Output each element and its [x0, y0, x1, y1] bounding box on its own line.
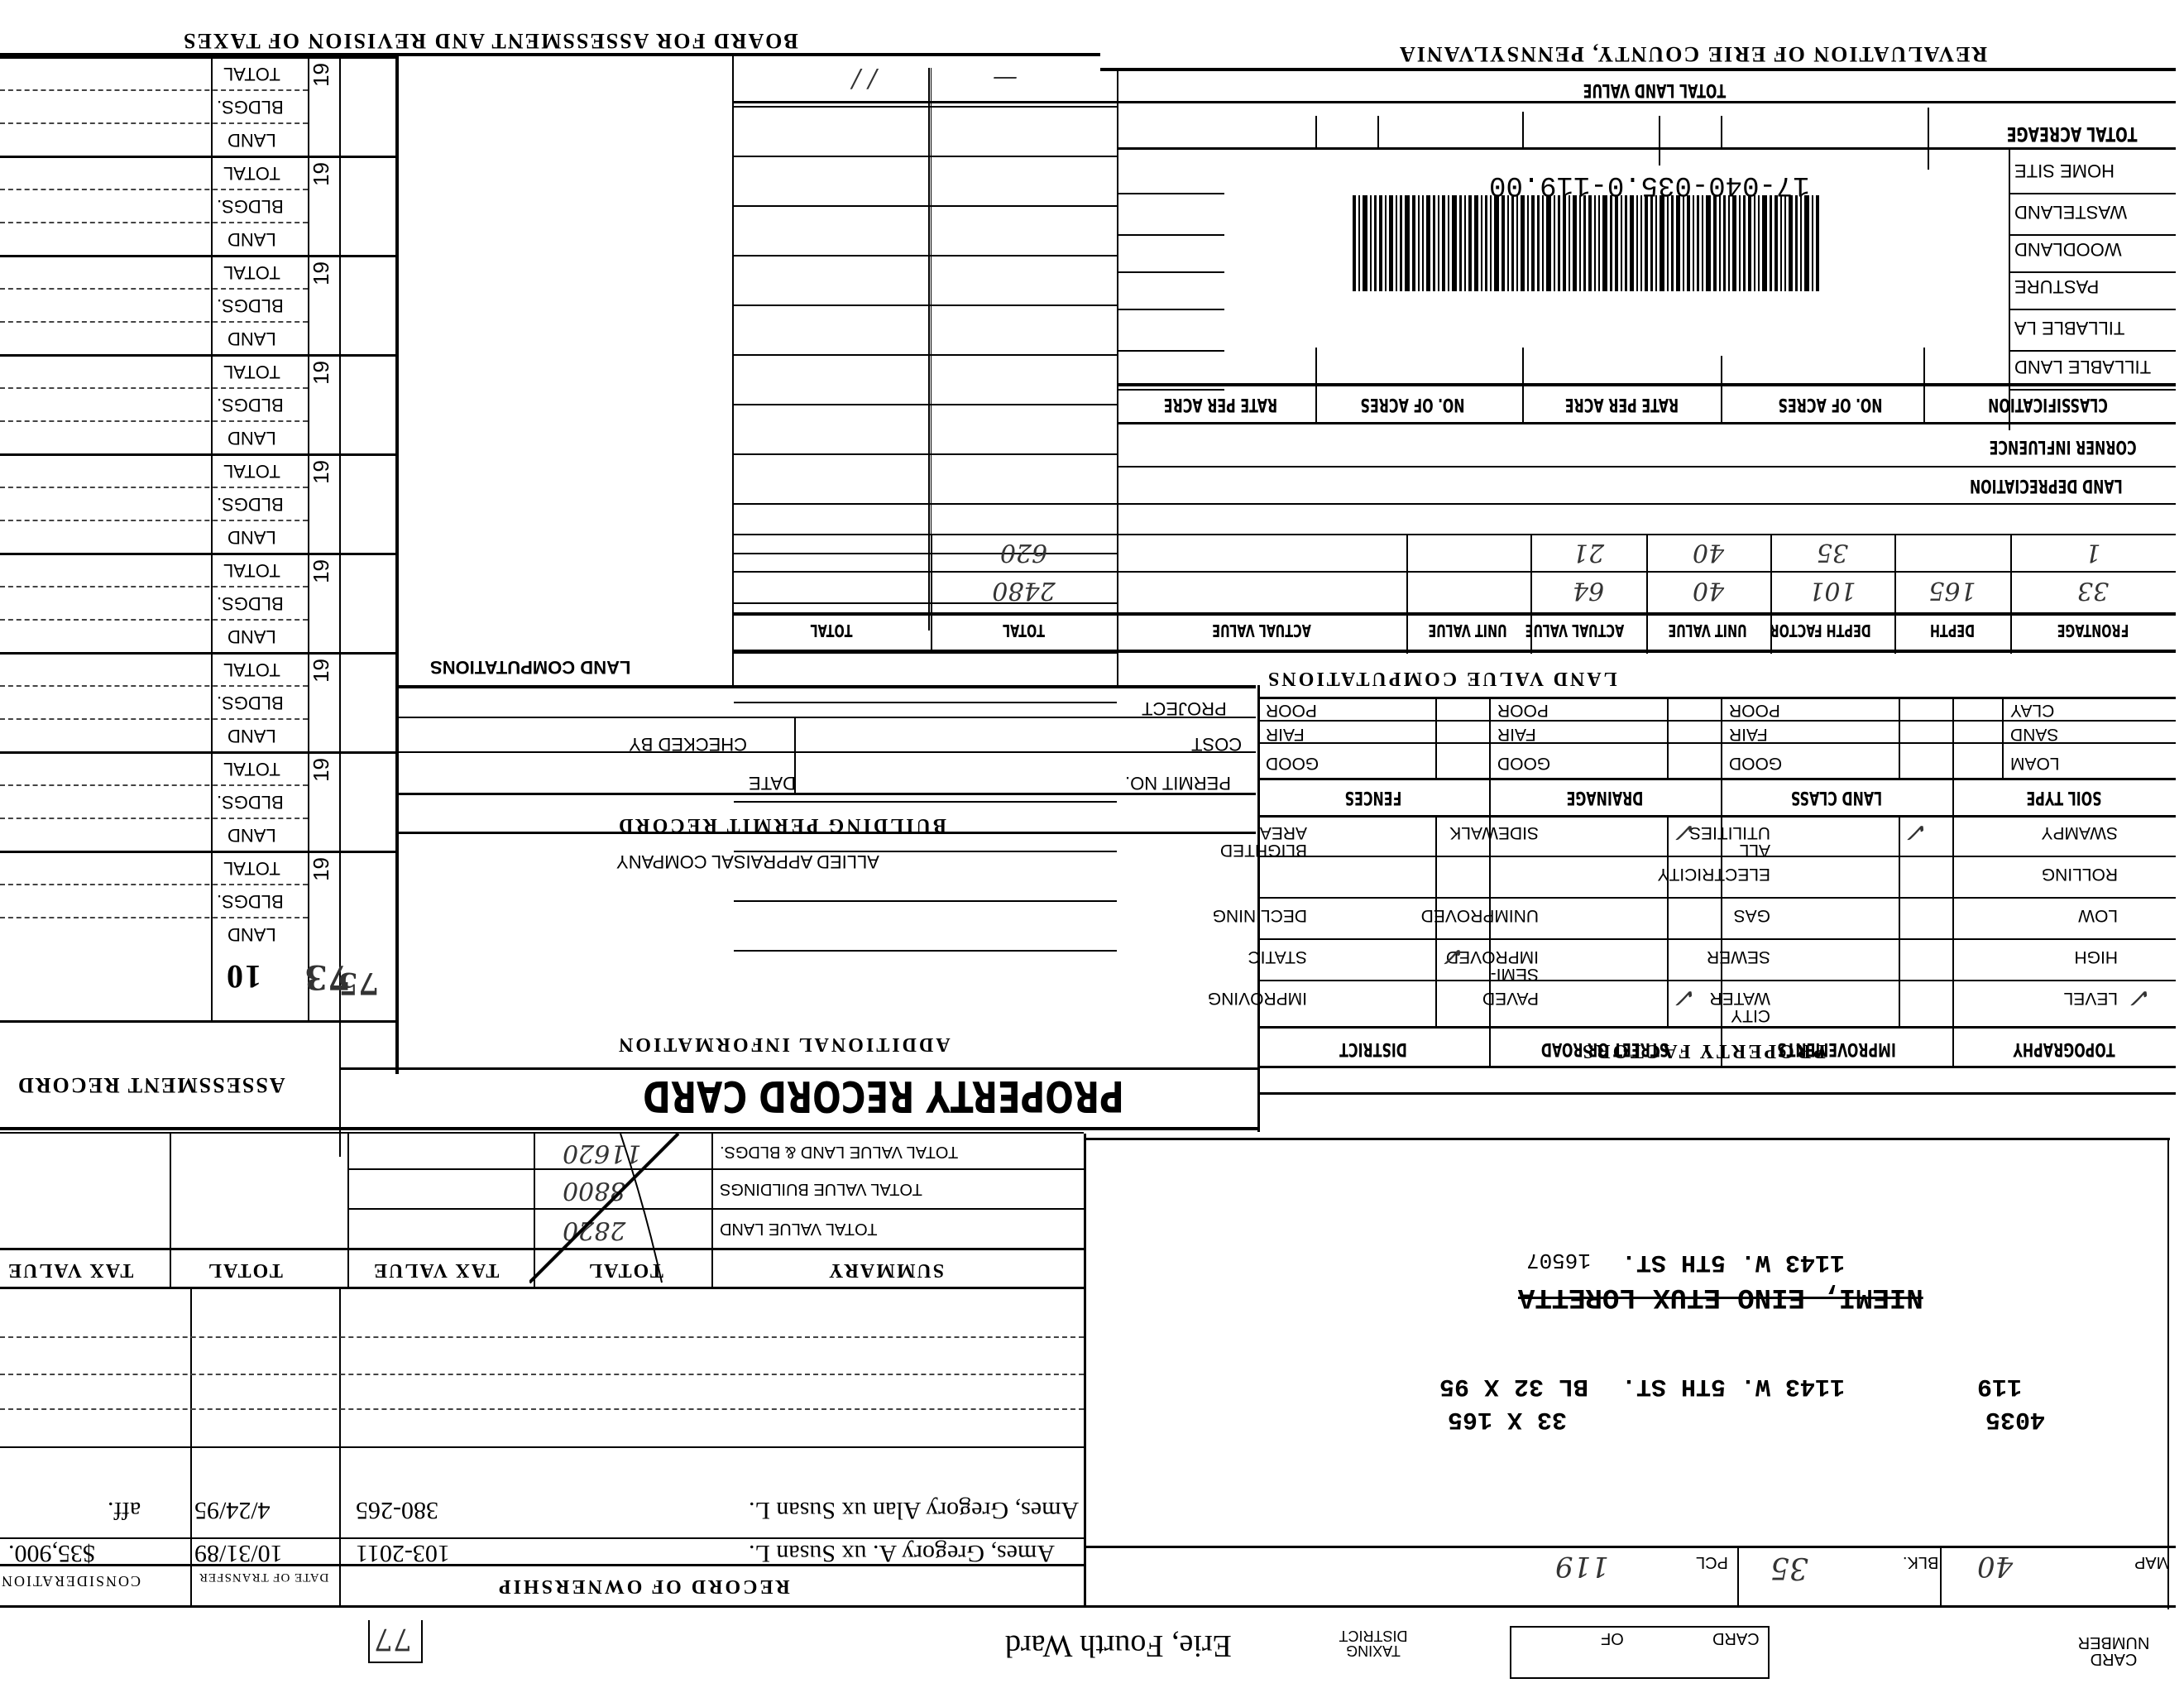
- barcode-bar: [1507, 195, 1509, 291]
- barcode-bar: [1816, 195, 1819, 291]
- barcode-bar: [1667, 195, 1669, 291]
- assessment-line: [0, 288, 308, 290]
- barcode-bar: [1598, 195, 1600, 291]
- card-label: CARD: [1712, 1630, 1760, 1647]
- summary-row-label: TOTAL VALUE LAND: [720, 1220, 877, 1237]
- pf-topography-option[interactable]: LEVEL: [1961, 990, 2118, 1007]
- assessment-block-divider: [0, 652, 395, 655]
- assessment-land-label: LAND: [227, 528, 276, 546]
- barcode-bar: [1645, 195, 1648, 291]
- lvc-cell: 2480: [939, 578, 1109, 602]
- lvc-cell: 33: [2019, 578, 2167, 602]
- total-land-value-mark-1: / /: [852, 66, 877, 91]
- assessment-line: [0, 387, 308, 389]
- assessment-land-label: LAND: [227, 131, 276, 149]
- owner-name: NIEMI, EINO ETUX LORETTA: [1518, 1283, 1923, 1311]
- assessment-year-prefix: 19: [310, 63, 332, 87]
- barcode-bar: [1655, 195, 1657, 291]
- barcode-bar: [1452, 195, 1457, 291]
- barcode-bar: [1702, 195, 1703, 291]
- pf-street_or_road-option[interactable]: SEMI-IMPROVED: [1497, 948, 1539, 983]
- barcode-bar: [1780, 195, 1782, 291]
- barcode-bar: [1687, 195, 1690, 291]
- lvc-column-divider: [1646, 534, 1648, 654]
- owner-zip: 16507: [1526, 1249, 1591, 1271]
- pf-row-divider: [1257, 980, 1489, 981]
- land-computations-line: [734, 702, 1117, 703]
- land-depreciation-label: LAND DEPRECIATION: [1970, 476, 2123, 494]
- pf-row-divider: [1489, 938, 1721, 940]
- assessment-block-divider: [0, 56, 395, 59]
- barcode-bar: [1370, 195, 1372, 291]
- pf-row-divider: [1489, 897, 1721, 899]
- barcode-bar: [1374, 195, 1377, 291]
- lvc-column-divider: [1117, 534, 1118, 654]
- ownership-consideration: $35,900.: [8, 1541, 95, 1566]
- pf-column-divider: [1257, 697, 1259, 1066]
- project-label: PROJECT: [1142, 699, 1227, 717]
- classification-left-divider: [1117, 389, 1224, 391]
- barcode-bar: [1464, 195, 1466, 291]
- pf-topography-option[interactable]: ROLLING: [1961, 866, 2118, 883]
- lvc-column-divider: [732, 534, 734, 654]
- ownership-date: 4/24/95: [194, 1498, 271, 1523]
- ownership-owner: Ames, Gregory A. ux Susan L.: [749, 1541, 1055, 1566]
- barcode-bar: [1610, 195, 1612, 291]
- barcode-bar: [1412, 195, 1415, 291]
- lvc-column-divider: [2010, 534, 2012, 654]
- classification-divider: [2010, 234, 2176, 236]
- classification-left-divider: [1117, 350, 1224, 352]
- assessment-line: [0, 520, 308, 521]
- assessment-bldgs-label: BLDGS.: [217, 793, 284, 811]
- barcode-bar: [1800, 195, 1802, 291]
- classification-divider: [2010, 350, 2176, 352]
- pf-district-option[interactable]: STATIC: [1266, 948, 1307, 966]
- barcode-bar: [1490, 195, 1492, 291]
- pf-district-option[interactable]: BLIGHTED AREA: [1266, 824, 1307, 859]
- assessment-land-label: LAND: [227, 429, 276, 447]
- pf-check-divider: [1667, 818, 1669, 1026]
- pf-grade-divider: [1257, 720, 1489, 722]
- pf-improvements-option[interactable]: CITY WATER: [1729, 990, 1770, 1024]
- classification-divider: [2010, 309, 2176, 310]
- barcode-bar: [1433, 195, 1435, 291]
- land-computations-title: LAND COMPUTATIONS: [430, 658, 630, 676]
- barcode-bar: [1385, 195, 1387, 291]
- consideration-header: CONSIDERATION: [0, 1574, 141, 1589]
- classification-row-label: TILLABLE LAND: [2014, 357, 2151, 376]
- pf-street_or_road-option[interactable]: SIDEWALK: [1497, 824, 1539, 842]
- grade-option[interactable]: GOOD: [1729, 755, 1782, 772]
- cross-out-mark: [529, 1134, 720, 1291]
- card-number-label: CARD NUMBER: [2068, 1634, 2159, 1667]
- pf-column-divider: [1489, 697, 1491, 1066]
- lvc-cell: 101: [1779, 578, 1886, 602]
- lvc-column-divider: [931, 534, 932, 654]
- assessment-total-label: TOTAL: [223, 65, 280, 83]
- barcode-number: 17-040-035.0-119.00: [1489, 170, 1810, 199]
- pf-soil-header: FENCES: [1302, 788, 1445, 806]
- grade-option[interactable]: GOOD: [1266, 755, 1319, 772]
- soil-type-option[interactable]: SAND: [2010, 726, 2058, 743]
- barcode-bar: [1636, 195, 1638, 291]
- barcode-bar: [1438, 195, 1439, 291]
- barcode-bar: [1579, 195, 1581, 291]
- cost-label: COST: [1191, 735, 1242, 753]
- property-factors-title: PROPERTY FACTORS: [1580, 1041, 1826, 1061]
- barcode-bar: [1758, 195, 1760, 291]
- grade-option[interactable]: POOR: [1266, 702, 1317, 719]
- assessment-bldgs-label: BLDGS.: [217, 495, 284, 513]
- pf-check-divider: [1435, 697, 1437, 778]
- of-label: OF: [1601, 1630, 1624, 1647]
- barcode-bar: [1732, 195, 1736, 291]
- assessment-year-prefix: 19: [310, 659, 332, 683]
- barcode-bar: [1363, 195, 1367, 291]
- summary-col-tax-value: TAX VALUE: [372, 1260, 499, 1280]
- barcode-bar: [1723, 195, 1726, 291]
- barcode-bar: [1743, 195, 1746, 291]
- assessment-line: [0, 487, 308, 488]
- assessment-line: [0, 884, 308, 885]
- barcode-bar: [1537, 195, 1540, 291]
- pf-street_or_road-option[interactable]: UNIMPROVED: [1497, 907, 1539, 924]
- line1-lot: BL 32 X 95: [1439, 1374, 1588, 1398]
- pf-improvements-option[interactable]: ELECTRICITY: [1729, 866, 1770, 883]
- date-label: DATE: [749, 774, 796, 792]
- barcode-bar: [1422, 195, 1424, 291]
- land-computations-line: [734, 156, 1117, 157]
- checkmark-icon: ✓: [1675, 985, 1698, 1011]
- barcode-bar: [1671, 195, 1674, 291]
- barcode-bar: [1728, 195, 1730, 291]
- pf-row-divider: [1952, 856, 2176, 857]
- assessment-line: [0, 685, 308, 687]
- grade-option[interactable]: GOOD: [1497, 755, 1550, 772]
- soil-type-option[interactable]: LOAM: [2010, 755, 2060, 772]
- lvc-column-header: TOTAL: [766, 622, 897, 639]
- barcode-bar: [1706, 195, 1711, 291]
- barcode-bar: [1625, 195, 1627, 291]
- grade-option[interactable]: POOR: [1497, 702, 1549, 719]
- assessment-line: [0, 619, 308, 621]
- card-title: PROPERTY RECORD CARD: [643, 1074, 1124, 1117]
- pf-district-option[interactable]: DECLINING: [1266, 907, 1307, 924]
- assessment-line: [0, 89, 308, 91]
- barcode-bar: [1569, 195, 1570, 291]
- taxing-district-label: TAXING DISTRICT: [1336, 1628, 1410, 1658]
- barcode-bar: [1511, 195, 1514, 291]
- soil-type-option[interactable]: CLAY: [2010, 702, 2054, 719]
- board-title: BOARD FOR ASSESSMENT AND REVISION OF TAX…: [182, 30, 798, 51]
- barcode-bar: [1621, 195, 1622, 291]
- lvc-cell: 165: [1903, 578, 2002, 602]
- assessment-stamp: 10: [225, 960, 261, 993]
- lvc-cell: 1: [2019, 539, 2167, 564]
- lvc-column-header: DEPTH FACTOR: [1794, 622, 1871, 639]
- assessment-year-prefix: 19: [310, 162, 332, 186]
- assessment-total-label: TOTAL: [223, 561, 280, 579]
- barcode-bar: [1789, 195, 1793, 291]
- classification-row-label: WOODLAND: [2014, 240, 2122, 258]
- assessment-block-divider: [0, 354, 395, 357]
- pf-row-divider: [1952, 980, 2176, 981]
- pf-row-divider: [1721, 938, 1952, 940]
- barcode-bar: [1516, 195, 1518, 291]
- pcl-label: PCL: [1696, 1554, 1728, 1571]
- land-computations-line: [734, 404, 1117, 405]
- assessment-year-prefix: 19: [310, 460, 332, 484]
- lvc-cell: 40: [1655, 539, 1762, 564]
- barcode-bar: [1396, 195, 1397, 291]
- classification-divider: [2010, 193, 2176, 194]
- barcode-bar: [1494, 195, 1499, 291]
- assessment-bldgs-label: BLDGS.: [217, 594, 284, 612]
- revaluation-title: REVALUATION OF ERIE COUNTY, PENNSYLVANIA: [1398, 43, 1987, 65]
- owner-address: 1143 W. 5TH ST.: [1621, 1249, 1845, 1274]
- total-acreage-label: TOTAL ACREAGE: [2007, 124, 2138, 144]
- grade-option[interactable]: POOR: [1729, 702, 1780, 719]
- barcode-bar: [1521, 195, 1525, 291]
- lvc-cell: 35: [1779, 539, 1886, 564]
- assessment-year-prefix: 19: [310, 758, 332, 782]
- assessment-bldgs-label: BLDGS.: [217, 98, 284, 116]
- land-computations-line: [734, 205, 1117, 207]
- no-of-acres-header-1: NO. OF ACRES: [1779, 395, 1883, 413]
- barcode-bar: [1481, 195, 1482, 291]
- assessment-total-label: TOTAL: [223, 462, 280, 480]
- barcode-bar: [1400, 195, 1402, 291]
- barcode-bar: [1602, 195, 1607, 291]
- assessment-bottom-rule: [0, 1020, 395, 1023]
- assessment-year-prefix: 19: [310, 857, 332, 881]
- barcode-bar: [1754, 195, 1755, 291]
- pf-row-divider: [1721, 980, 1952, 981]
- assessment-record-title: ASSESSMENT RECORD: [17, 1074, 285, 1096]
- lvc-cell: 64: [1539, 578, 1638, 602]
- barcode-bar: [1558, 195, 1560, 291]
- ownership-consideration: aff.: [108, 1498, 141, 1523]
- assessment-total-label: TOTAL: [223, 760, 280, 778]
- barcode-bar: [1358, 195, 1360, 291]
- summary-col-tax-value-2: TAX VALUE: [7, 1260, 133, 1280]
- map-label: MAP: [2134, 1554, 2170, 1571]
- barcode-bar: [1405, 195, 1410, 291]
- classification-row-label: TILLABLE LA: [2014, 319, 2124, 337]
- ownership-deed: 380-265: [356, 1498, 438, 1523]
- barcode-bar: [1683, 195, 1684, 291]
- land-computations-line: [734, 453, 1117, 455]
- checkmark-icon: ✓: [2130, 985, 2153, 1011]
- assessment-total-label: TOTAL: [223, 660, 280, 679]
- assessment-block-divider: [0, 255, 395, 257]
- barcode-bar: [1563, 195, 1566, 291]
- barcode-bar: [1448, 195, 1449, 291]
- barcode-bar: [1542, 195, 1544, 291]
- pf-header-district: DISTRICT: [1302, 1039, 1445, 1057]
- barcode-bar: [1554, 195, 1555, 291]
- total-land-value-mark-2: —: [993, 66, 1018, 91]
- parcel-barcode: [1350, 195, 1819, 291]
- barcode-bar: [1379, 195, 1382, 291]
- assessment-line: [0, 718, 308, 720]
- pf-row-divider: [1721, 897, 1952, 899]
- assessment-bldgs-label: BLDGS.: [217, 892, 284, 910]
- assessment-line: [0, 420, 308, 422]
- pf-street_or_road-option[interactable]: PAVED: [1497, 990, 1539, 1007]
- ownership-deed: 103-2011: [356, 1541, 450, 1566]
- pf-improvements-option[interactable]: SEWER: [1729, 948, 1770, 966]
- summary-row-label: TOTAL VALUE LAND & BLDGS.: [720, 1144, 958, 1160]
- grade-option[interactable]: FAIR: [1266, 726, 1305, 743]
- pf-district-option[interactable]: IMPROVING: [1266, 990, 1307, 1007]
- barcode-bar: [1573, 195, 1577, 291]
- barcode-bar: [1389, 195, 1393, 291]
- assessment-block-divider: [0, 156, 395, 158]
- lvc-column-divider: [1894, 534, 1896, 654]
- barcode-bar: [1713, 195, 1717, 291]
- assessment-total-label: TOTAL: [223, 859, 280, 877]
- land-computations-line: [734, 106, 1117, 108]
- land-computations-line: [734, 354, 1117, 356]
- lvc-column-header: TOTAL: [963, 622, 1085, 639]
- allied-appraisal-company: ALLIED APPRAISAL COMPANY: [616, 852, 879, 870]
- pf-soil-header: DRAINAGE: [1534, 788, 1677, 806]
- grade-option[interactable]: FAIR: [1497, 726, 1536, 743]
- classification-divider: [2010, 271, 2176, 273]
- barcode-bar: [1640, 195, 1642, 291]
- lvc-cell: 40: [1655, 578, 1762, 602]
- barcode-bar: [1485, 195, 1487, 291]
- pf-header-topography: TOPOGRAPHY: [1995, 1039, 2133, 1057]
- assessment-bldgs-label: BLDGS.: [217, 396, 284, 414]
- assessment-total-label: TOTAL: [223, 164, 280, 182]
- land-computations-line: [734, 255, 1117, 257]
- barcode-bar: [1418, 195, 1420, 291]
- assessment-land-label: LAND: [227, 329, 276, 348]
- barcode-bar: [1693, 195, 1694, 291]
- line2-dims: 33 X 165: [1448, 1407, 1567, 1431]
- pf-check-divider: [2002, 697, 2004, 778]
- lvc-column-header: FRONTAGE: [2039, 622, 2147, 639]
- assessment-line: [0, 917, 308, 918]
- land-value-computations-title: LAND VALUE COMPUTATIONS: [1266, 669, 1617, 688]
- lvc-column-header: DEPTH: [1917, 622, 1988, 639]
- pf-improvements-option[interactable]: ALL UTILITIES: [1729, 824, 1770, 859]
- pf-row-divider: [1489, 856, 1721, 857]
- taxing-district-value: Erie, Fourth Ward: [1005, 1630, 1232, 1662]
- assessment-land-label: LAND: [227, 727, 276, 745]
- assessment-bldgs-label: BLDGS.: [217, 197, 284, 215]
- assessment-bldgs-label: BLDGS.: [217, 693, 284, 712]
- pf-check-divider: [1899, 818, 1900, 1026]
- barcode-bar: [1719, 195, 1721, 291]
- classification-row-label: HOME SITE: [2014, 161, 2115, 180]
- assessment-block-divider: [0, 453, 395, 456]
- pf-check-divider: [1667, 697, 1669, 778]
- classification-divider: [2010, 389, 2176, 391]
- barcode-bar: [1594, 195, 1596, 291]
- barcode-bar: [1353, 195, 1356, 291]
- barcode-bar: [1527, 195, 1529, 291]
- checked-by-label: CHECKED BY: [629, 735, 747, 753]
- assessment-line: [0, 189, 308, 190]
- assessment-year-prefix: 19: [310, 361, 332, 385]
- pf-topography-option[interactable]: HIGH: [1961, 948, 2118, 966]
- land-computations-line: [734, 950, 1117, 952]
- grade-option[interactable]: FAIR: [1729, 726, 1768, 743]
- pf-topography-option[interactable]: SWAMPY: [1961, 824, 2118, 842]
- barcode-bar: [1468, 195, 1472, 291]
- pf-topography-option[interactable]: LOW: [1961, 907, 2118, 924]
- pf-grade-divider: [1721, 720, 1952, 722]
- assessment-total-label: TOTAL: [223, 362, 280, 381]
- ownership-date: 10/31/89: [194, 1541, 283, 1566]
- map-value: 40: [1977, 1552, 2013, 1580]
- barcode-bar: [1426, 195, 1430, 291]
- land-computations-line: [734, 801, 1117, 803]
- line1-parcel: 119: [1977, 1374, 2022, 1398]
- pf-row-divider: [1952, 897, 2176, 899]
- assessment-total-label: TOTAL: [223, 263, 280, 281]
- line1-address: 1143 W. 5TH ST.: [1621, 1374, 1845, 1398]
- summary-col-total-2: TOTAL: [207, 1260, 283, 1280]
- barcode-bar: [1804, 195, 1809, 291]
- classification-left-divider: [1117, 234, 1224, 236]
- land-computations-line: [734, 900, 1117, 902]
- assessment-land-label: LAND: [227, 826, 276, 844]
- pf-improvements-option[interactable]: GAS: [1729, 907, 1770, 924]
- assessment-block-divider: [0, 553, 395, 555]
- barcode-bar: [1748, 195, 1751, 291]
- pf-soil-header: SOIL TYPE: [1995, 788, 2133, 806]
- lvc-column-header: ACTUAL VALUE: [1163, 622, 1360, 639]
- corner-influence-label: CORNER INFLUENCE: [1990, 437, 2137, 455]
- lvc-column-header: UNIT VALUE: [1669, 622, 1747, 639]
- assessment-year-prefix: 19: [310, 261, 332, 285]
- barcode-bar: [1583, 195, 1586, 291]
- classification-row-label: PASTURE: [2014, 277, 2099, 295]
- no-of-acres-header-2: NO. OF ACRES: [1361, 395, 1465, 413]
- classification-left-divider: [1117, 309, 1224, 310]
- assessment-land-label: LAND: [227, 627, 276, 645]
- classification-left-divider: [1117, 271, 1224, 273]
- barcode-bar: [1501, 195, 1505, 291]
- date-of-transfer-header: DATE OF TRANSFER: [199, 1571, 328, 1583]
- barcode-bar: [1676, 195, 1680, 291]
- assessment-line: [0, 586, 308, 587]
- barcode-bar: [1774, 195, 1778, 291]
- barcode-bar: [1697, 195, 1699, 291]
- assessment-line: [0, 122, 308, 124]
- classification-left-divider: [1117, 193, 1224, 194]
- pf-row-divider: [1952, 938, 2176, 940]
- permit-no-label: PERMIT NO.: [1125, 774, 1231, 792]
- barcode-bar: [1531, 195, 1535, 291]
- assessment-land-label: LAND: [227, 925, 276, 943]
- pf-check-divider: [1952, 818, 1954, 1026]
- ownership-owner: Ames, Gregory Alan ux Susan L.: [749, 1498, 1079, 1523]
- barcode-bar: [1615, 195, 1618, 291]
- land-computations-line: [734, 503, 1117, 505]
- pf-row-divider: [1257, 897, 1489, 899]
- assessment-block-divider: [0, 851, 395, 853]
- ownership-title: RECORD OF OWNERSHIP: [496, 1576, 790, 1596]
- lvc-column-divider: [1406, 534, 1408, 654]
- pf-row-divider: [1257, 938, 1489, 940]
- additional-information-title: ADDITIONAL INFORMATION: [616, 1034, 951, 1054]
